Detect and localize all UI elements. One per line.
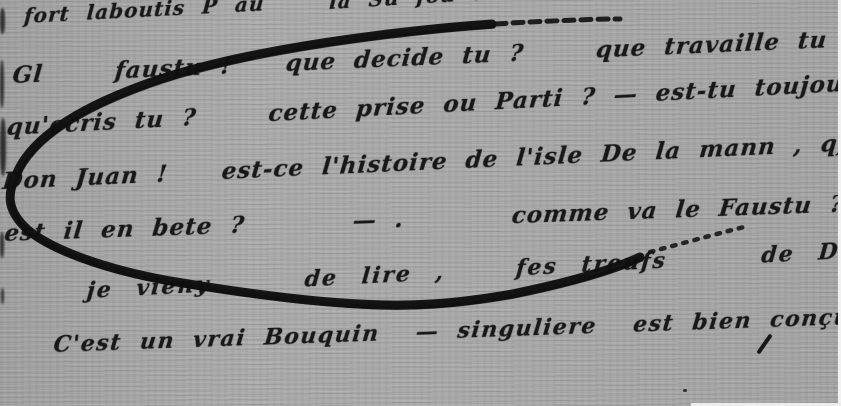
ellipse-dashed-tail — [496, 19, 620, 24]
manuscript-page: fort laboutis P au la Su fou au bef. et … — [0, 0, 841, 406]
left-edge-smudge — [0, 232, 4, 258]
left-edge-smudge — [1, 288, 4, 304]
handwritten-line-4: Don Juan ! est-ce l'histoire de l'isle D… — [1, 130, 841, 196]
left-edge-smudge — [0, 60, 4, 108]
left-edge-smudge — [0, 118, 6, 176]
left-edge-smudge — [0, 8, 5, 34]
ink-speck — [683, 389, 687, 392]
handwritten-line-7: C'est un vrai Bouquin — singuliere est b… — [52, 304, 841, 358]
handwritten-line-5: est il en bete ? — . comme va le Faustu … — [3, 191, 841, 247]
handwritten-line-1-right: la Su fou au bef. et a — [329, 0, 638, 14]
handwritten-line-6: je vieny de lire , fes treufs de Diderot… — [86, 234, 841, 305]
handwritten-line-1-left: fort laboutis P au — [23, 0, 265, 28]
stray-pen-slash — [756, 333, 772, 354]
